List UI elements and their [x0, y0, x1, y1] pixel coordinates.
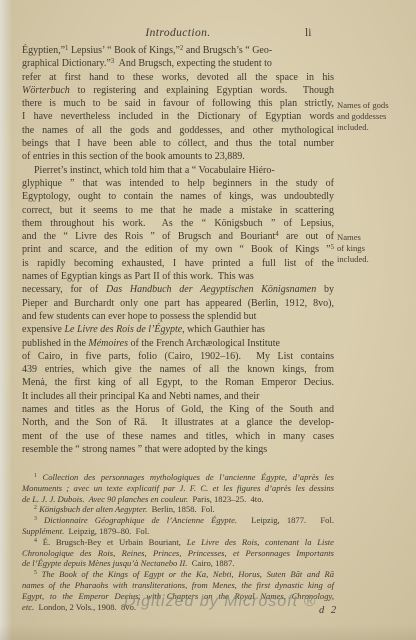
text-line: of entries in this section of the book a… — [22, 150, 334, 163]
text-line: 4 É. Brugsch-Bey et Urbain Bouriant, Le … — [22, 537, 334, 548]
text-line: North, and the Son of Rā. It illustrates… — [22, 416, 334, 429]
text-line: there is much to be said in favour of fo… — [22, 97, 334, 110]
margin-note-gods: Names of gods and goddesses included. — [337, 100, 413, 132]
margin-note-line: of kings — [337, 243, 413, 254]
text-line: expensive Le Livre des Rois de l’Égypte,… — [22, 323, 334, 336]
text-line: correct, but it seems to me that he made… — [22, 204, 334, 217]
text-line: print and scarce, and the edition of my … — [22, 243, 334, 256]
page-number: li — [305, 27, 311, 39]
text-line: published in the Mémoires of the French … — [22, 337, 334, 350]
margin-note-line: included. — [337, 254, 413, 265]
text-line: Egyptology, ought to contain the names o… — [22, 190, 334, 203]
running-head-title: Introduction. — [22, 27, 334, 39]
text-line: Pieper and Burchardt only one part has a… — [22, 297, 334, 310]
text-line: de l’Égypte depuis Mènes jusqu’à Nectane… — [22, 558, 334, 569]
text-line: glyphique ” that was intended to help be… — [22, 177, 334, 190]
text-line: Égyptien,”1 Lepsius’ “ Book of Kings,”2 … — [22, 44, 334, 57]
text-line: them throughout his work. As the “ König… — [22, 217, 334, 230]
text-line: names and titles as the Horus of Gold, t… — [22, 403, 334, 416]
text-line: and few students can ever hope to posses… — [22, 310, 334, 323]
text-line: and the “ Livre des Rois ” of Brugsch an… — [22, 230, 334, 243]
margin-note-line: included. — [337, 122, 413, 133]
text-line: 439 entries, which give the names of all… — [22, 363, 334, 376]
footnotes: 1 Collection des personnages mythologiqu… — [22, 472, 334, 612]
scanned-book-page: Introduction. li Égyptien,”1 Lepsius’ “ … — [0, 0, 416, 640]
text-line: ment of the use of these names and title… — [22, 430, 334, 443]
text-line: Supplément. Leipzig, 1879–80. Fol. — [22, 526, 334, 537]
text-line: Chronologique des Rois, Reines, Princes,… — [22, 548, 334, 559]
margin-note-line: Names — [337, 232, 413, 243]
margin-note-line: and goddesses — [337, 111, 413, 122]
text-line: I have nevertheless included in the Dict… — [22, 110, 334, 123]
text-line: 3 Dictionnaire Géographique de l’Ancienn… — [22, 515, 334, 526]
text-line: names of Egyptian kings as Part II of th… — [22, 270, 334, 283]
text-line: It includes all their principal Ka and N… — [22, 390, 334, 403]
text-line: Monuments ; avec un texte explicatif par… — [22, 483, 334, 494]
margin-note-line: Names of gods — [337, 100, 413, 111]
text-line: refer at first hand to these works, devo… — [22, 71, 334, 84]
text-line: Pierret’s instinct, which told him that … — [22, 164, 334, 177]
text-line: the names of all the gods and goddesses,… — [22, 124, 334, 137]
printers-signature: d 2 — [319, 605, 338, 616]
scan-edge-left — [0, 0, 12, 640]
scan-edge-bottom — [0, 624, 416, 640]
text-line: is rapidly becoming exhausted, I have pr… — [22, 257, 334, 270]
body-text: Égyptien,”1 Lepsius’ “ Book of Kings,”2 … — [22, 44, 334, 456]
text-line: 1 Collection des personnages mythologiqu… — [22, 472, 334, 483]
text-line: names of the Pharaohs with transliterati… — [22, 580, 334, 591]
text-line: necessary, for of Das Handbuch der Aegyp… — [22, 283, 334, 296]
text-line: Wörterbuch to registering and explaining… — [22, 84, 334, 97]
text-line: 2 Königsbuch der alten Aegypter. Berlin,… — [22, 504, 334, 515]
digitization-watermark: Digitized by Microsoft ® — [124, 593, 316, 611]
text-line: de L. J. J. Dubois. Avec 90 planches en … — [22, 494, 334, 505]
text-line: resemble the “ strong names ” that were … — [22, 443, 334, 456]
text-line: 5 The Book of the Kings of Egypt or the … — [22, 569, 334, 580]
margin-note-kings: Names of kings included. — [337, 232, 413, 264]
text-line: of Cairo, in five parts, folio (Cairo, 1… — [22, 350, 334, 363]
text-line: Menȧ, the first king of all Egypt, to th… — [22, 376, 334, 389]
text-line: beings that I have been able to cóllect,… — [22, 137, 334, 150]
text-line: graphical Dictionary.”3 And Brugsch, exp… — [22, 57, 334, 70]
